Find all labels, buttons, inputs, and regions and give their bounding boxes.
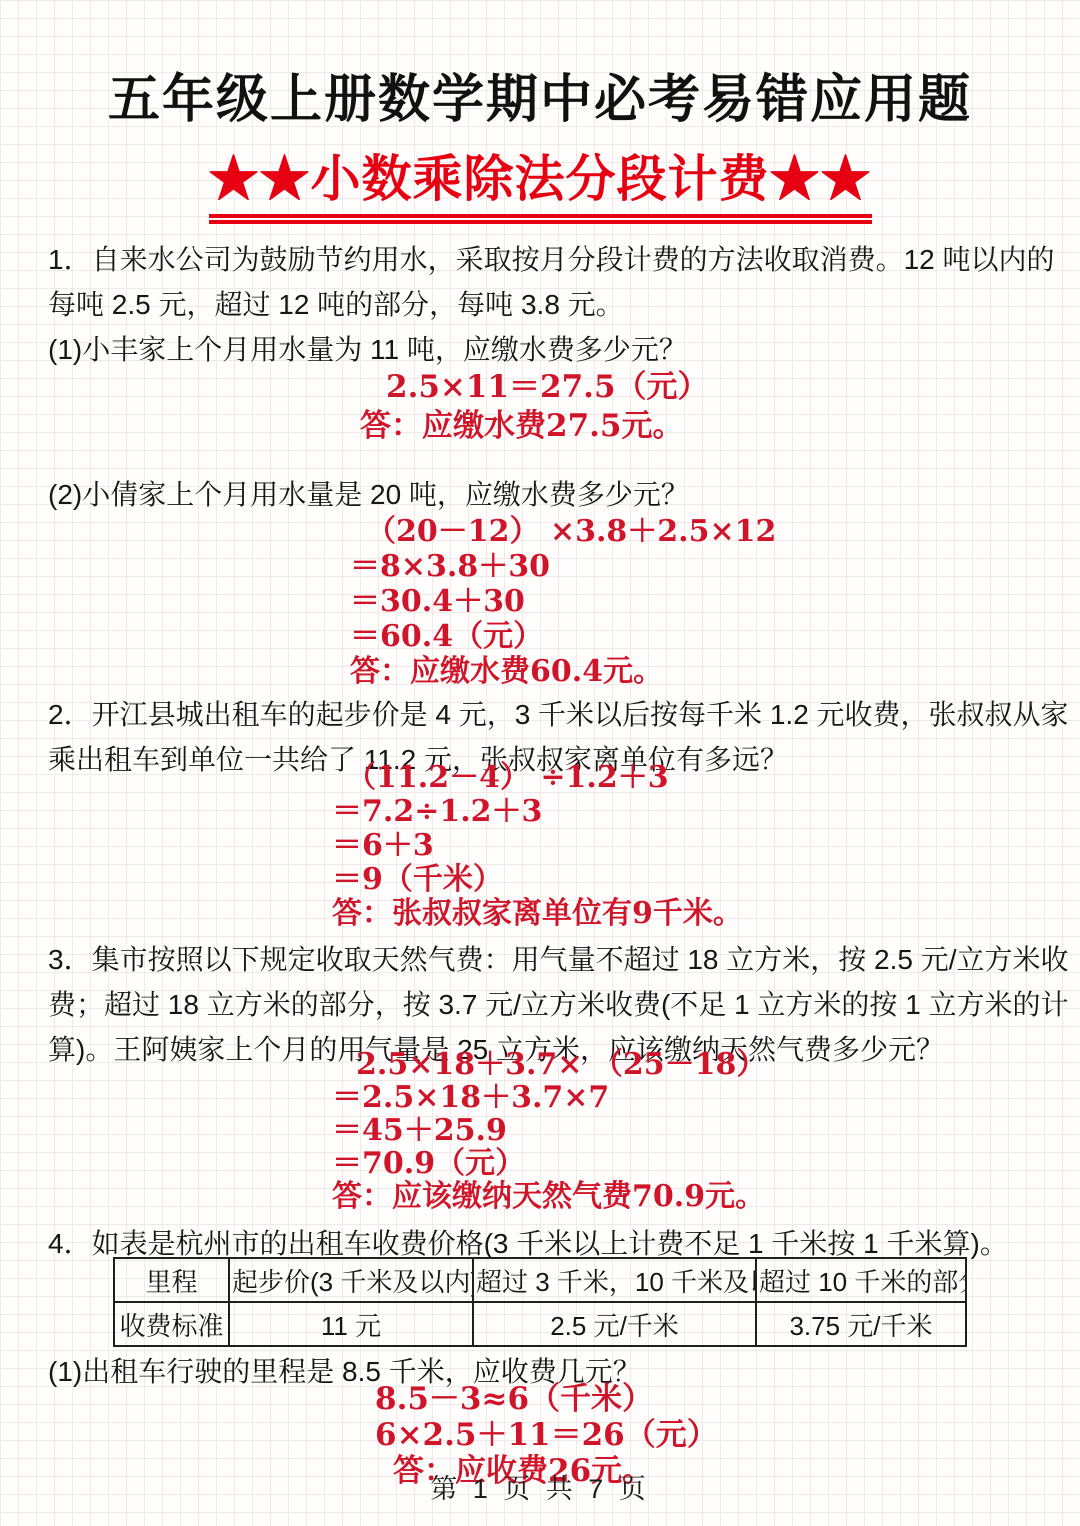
table-value-cell: 2.5 元/千米 bbox=[473, 1302, 756, 1346]
answer-line: 答：应该缴纳天然气费70.9元。 bbox=[332, 1180, 766, 1213]
section-heading: ★★小数乘除法分段计费★★ bbox=[209, 150, 872, 218]
answer-line: ＝8×3.8＋30 bbox=[350, 549, 776, 584]
table-header-cell: 超过 3 千米，10 千米及以内 bbox=[473, 1258, 756, 1302]
problem-1-question-2: (2)小倩家上个月用水量是 20 吨，应缴水费多少元？ bbox=[48, 472, 689, 517]
problem-2-answer: （11.2－4） ÷1.2＋3 ＝7.2÷1.2＋3 ＝6＋3 ＝9（千米） 答… bbox=[332, 761, 743, 931]
table-value-row: 收费标准 11 元 2.5 元/千米 3.75 元/千米 bbox=[114, 1302, 966, 1346]
answer-line: 2.5×18＋3.7× （25－18） bbox=[332, 1048, 766, 1081]
problem-3-answer: 2.5×18＋3.7× （25－18） ＝2.5×18＋3.7×7 ＝45＋25… bbox=[332, 1048, 766, 1213]
table-header-cell: 里程 bbox=[114, 1258, 229, 1302]
problem-1-line: 1．自来水公司为鼓励节约用水，采取按月分段计费的方法收取消费。12 吨以内的 bbox=[48, 237, 1055, 282]
answer-line: 答：应缴水费27.5元。 bbox=[360, 407, 709, 446]
answer-line: ＝9（千米） bbox=[332, 863, 743, 897]
answer-line: 答：应缴水费60.4元。 bbox=[350, 654, 776, 689]
page-title: 五年级上册数学期中必考易错应用题 bbox=[0, 70, 1080, 130]
answer-line: ＝2.5×18＋3.7×7 bbox=[332, 1081, 766, 1114]
answer-line: ＝7.2÷1.2＋3 bbox=[332, 795, 743, 829]
answer-line: ＝60.4（元） bbox=[350, 619, 776, 654]
problem-1-answer-1: 2.5×11＝27.5（元） 答：应缴水费27.5元。 bbox=[360, 368, 709, 446]
answer-line: ＝45＋25.9 bbox=[332, 1114, 766, 1147]
answer-line: （20－12） ×3.8＋2.5×12 bbox=[350, 514, 776, 549]
problem-1-line: (2)小倩家上个月用水量是 20 吨，应缴水费多少元？ bbox=[48, 472, 689, 517]
table-header-cell: 起步价(3 千米及以内) bbox=[229, 1258, 473, 1302]
table-value-cell: 收费标准 bbox=[114, 1302, 229, 1346]
answer-line: ＝30.4＋30 bbox=[350, 584, 776, 619]
answer-line: 8.5－3≈6（千米） bbox=[375, 1381, 718, 1417]
problem-3-line: 费；超过 18 立方米的部分，按 3.7 元/立方米收费(不足 1 立方米的按 … bbox=[48, 982, 1069, 1027]
answer-line: （11.2－4） ÷1.2＋3 bbox=[332, 761, 743, 795]
problem-3-line: 3．集市按照以下规定收取天然气费：用气量不超过 18 立方米，按 2.5 元/立… bbox=[48, 937, 1069, 982]
section-heading-row: ★★小数乘除法分段计费★★ bbox=[0, 150, 1080, 218]
answer-line: 2.5×11＝27.5（元） bbox=[360, 368, 709, 407]
table-value-cell: 3.75 元/千米 bbox=[756, 1302, 966, 1346]
answer-line: ＝70.9（元） bbox=[332, 1147, 766, 1180]
answer-line: ＝6＋3 bbox=[332, 829, 743, 863]
problem-1-text: 1．自来水公司为鼓励节约用水，采取按月分段计费的方法收取消费。12 吨以内的 每… bbox=[48, 237, 1055, 372]
page-footer: 第 1 页 共 7 页 bbox=[0, 1474, 1080, 1504]
table-header-cell: 超过 10 千米的部分 bbox=[756, 1258, 966, 1302]
worksheet-page: 五年级上册数学期中必考易错应用题 ★★小数乘除法分段计费★★ 1．自来水公司为鼓… bbox=[0, 0, 1080, 1526]
taxi-fare-table: 里程 起步价(3 千米及以内) 超过 3 千米，10 千米及以内 超过 10 千… bbox=[113, 1257, 967, 1347]
problem-2-line: 2．开江县城出租车的起步价是 4 元，3 千米以后按每千米 1.2 元收费，张叔… bbox=[48, 692, 1069, 737]
answer-line: 6×2.5＋11＝26（元） bbox=[375, 1417, 718, 1453]
problem-1-line: 每吨 2.5 元，超过 12 吨的部分，每吨 3.8 元。 bbox=[48, 282, 1055, 327]
problem-1-line: (1)小丰家上个月用水量为 11 吨，应缴水费多少元？ bbox=[48, 327, 1055, 372]
table-value-cell: 11 元 bbox=[229, 1302, 473, 1346]
problem-1-answer-2: （20－12） ×3.8＋2.5×12 ＝8×3.8＋30 ＝30.4＋30 ＝… bbox=[350, 514, 776, 689]
problem-4-answer-1: 8.5－3≈6（千米） 6×2.5＋11＝26（元） 答：应收费26元。 bbox=[375, 1381, 718, 1489]
answer-line: 答：张叔叔家离单位有9千米。 bbox=[332, 897, 743, 931]
table-header-row: 里程 起步价(3 千米及以内) 超过 3 千米，10 千米及以内 超过 10 千… bbox=[114, 1258, 966, 1302]
